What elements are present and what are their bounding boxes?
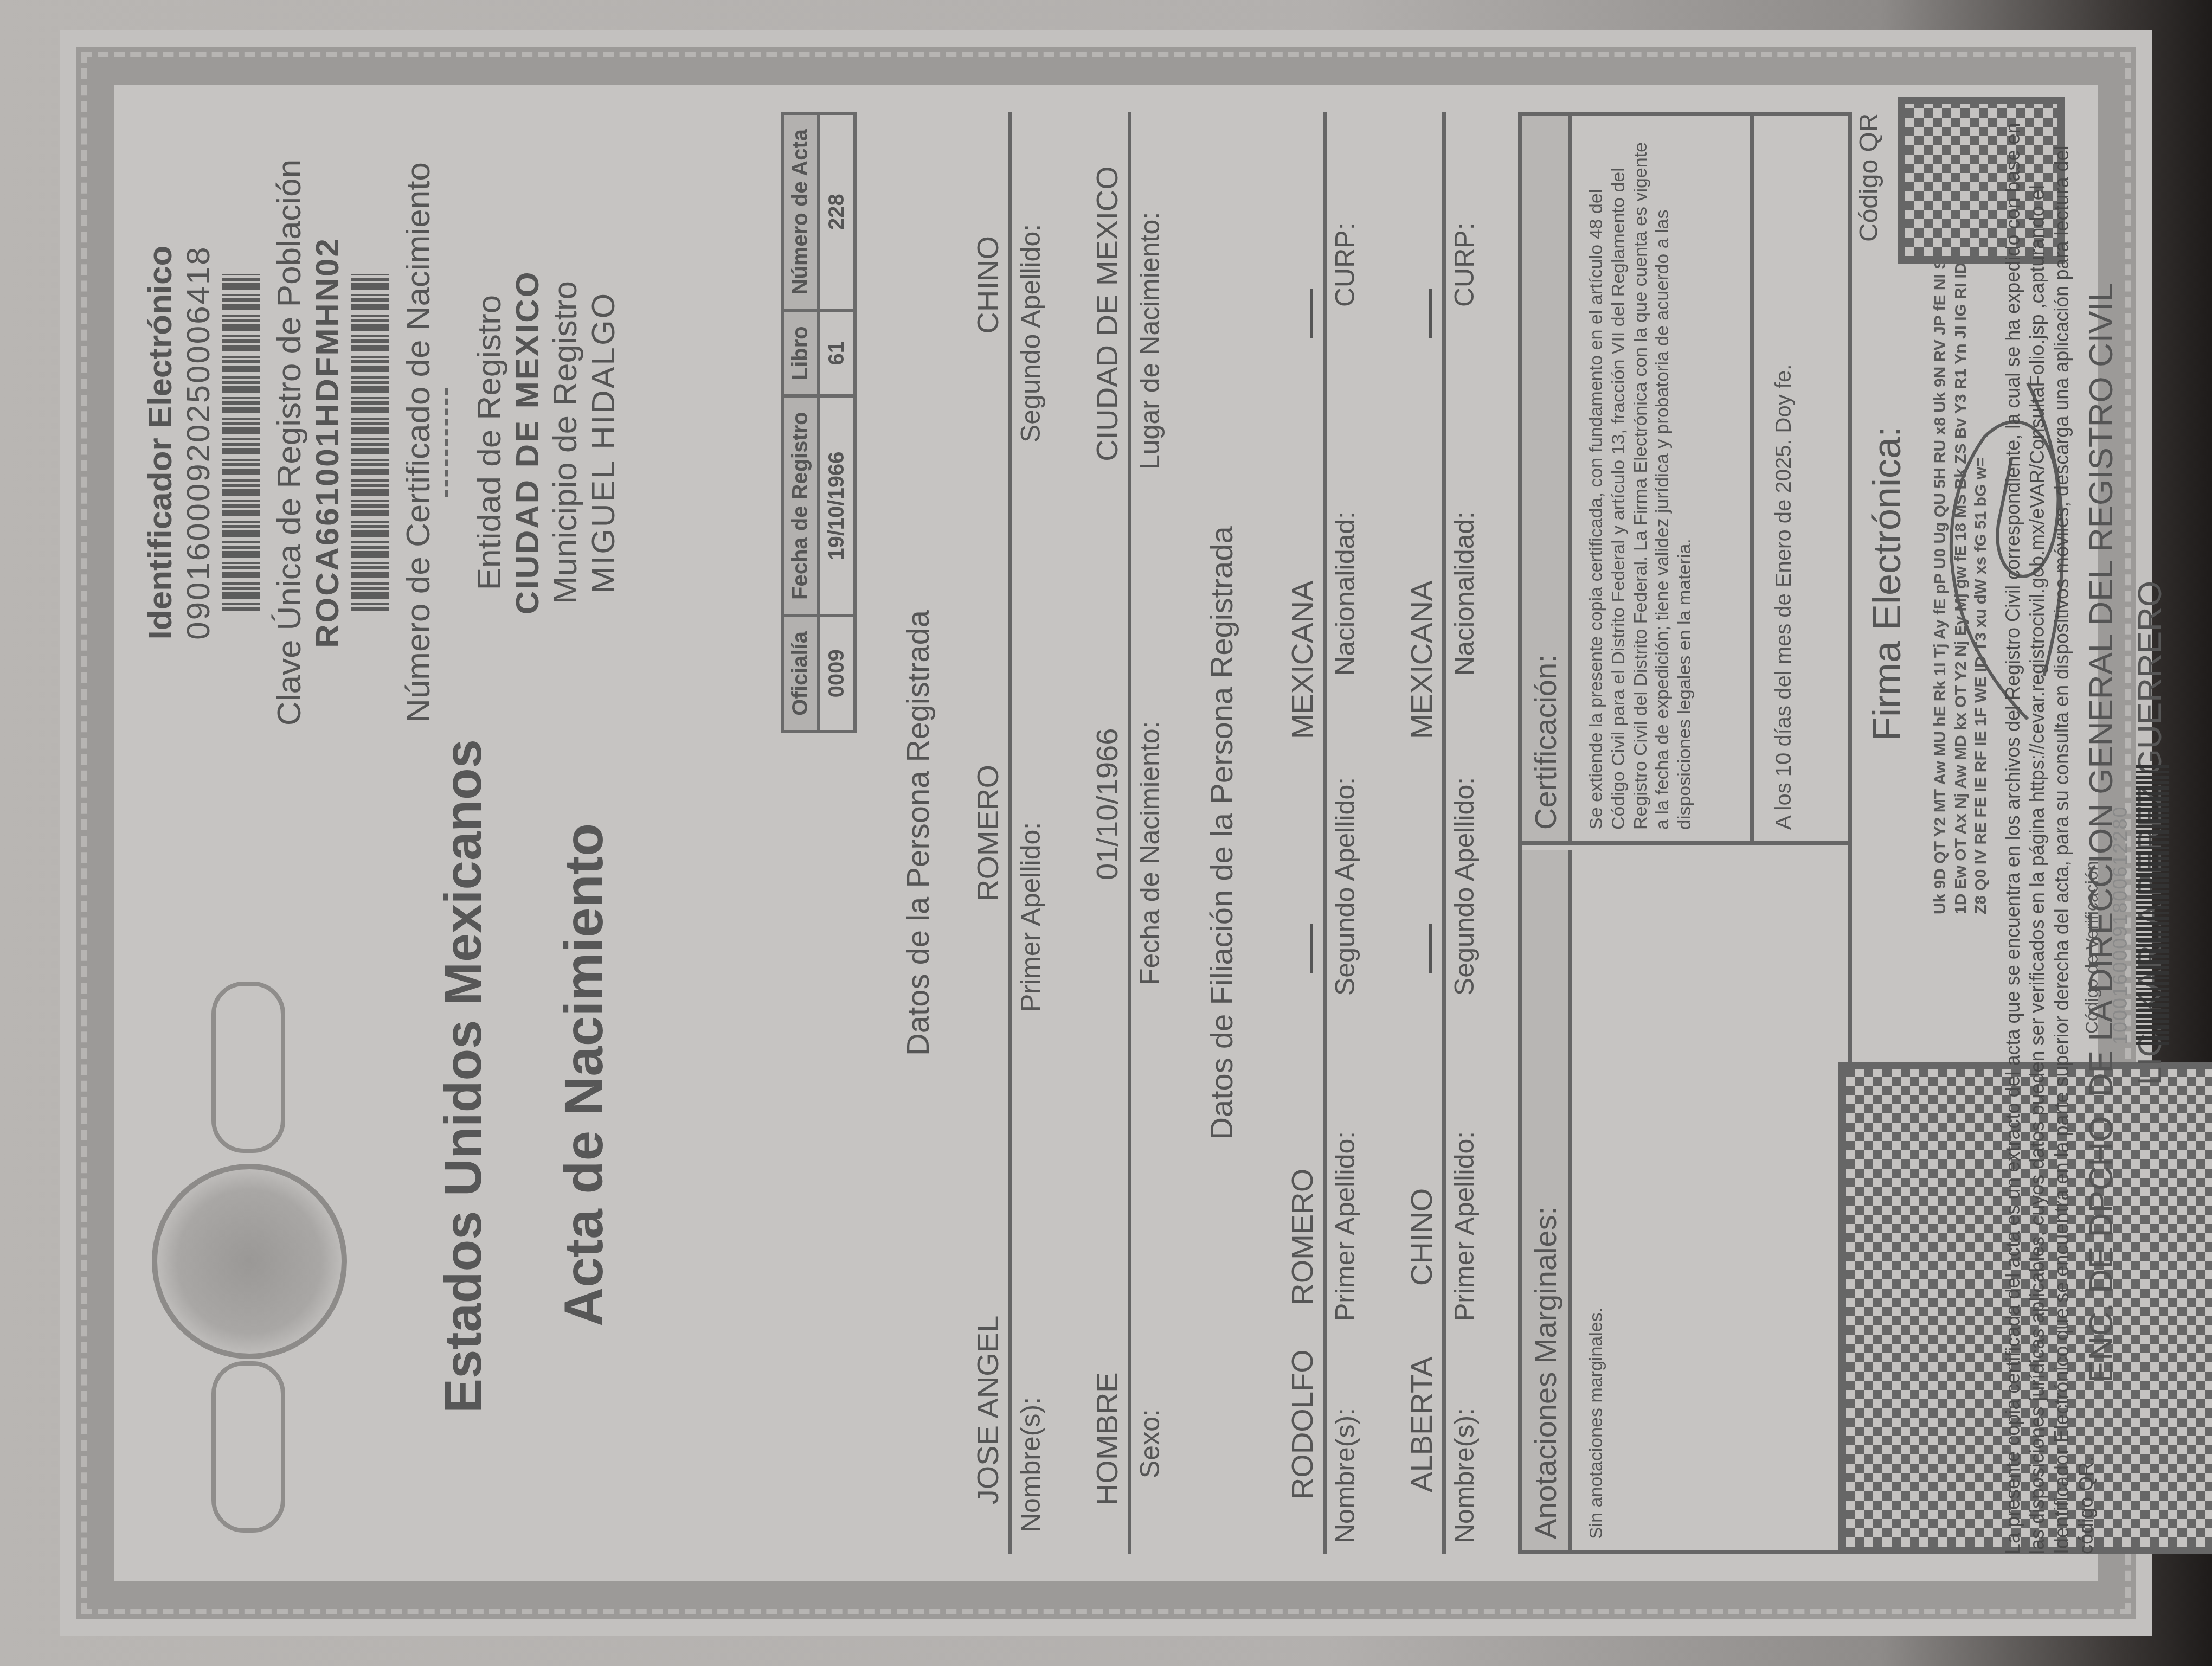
curp-value: ROCA661001HDFMHN02 — [308, 112, 346, 773]
identifiers-block: Identificador Electrónico 09016000920250… — [141, 112, 622, 773]
country-title: Estados Unidos Mexicanos — [434, 739, 493, 1413]
registry-table: Oficialía Fecha de Registro Libro Número… — [781, 112, 857, 733]
sexo-label: Sexo: — [1134, 1409, 1166, 1478]
parent2-nombres-label: Nombre(s): — [1449, 1408, 1480, 1543]
certification-date: A los 10 días del mes de Enero de 2025. … — [1750, 116, 1805, 841]
parent2-segundo-apellido-label: Segundo Apellido: — [1449, 777, 1480, 996]
parent1-nombres: RODOLFO — [1284, 1349, 1320, 1500]
parent2-curp-label: CURP: — [1449, 222, 1480, 307]
qr-code-label: Código QR — [1854, 113, 1884, 242]
legal-footer-text: La presente copia certificada del acta e… — [2001, 112, 2098, 1554]
parent2-primer-apellido: CHINO — [1404, 1188, 1439, 1286]
parent-row-1: RODOLFO ROMERO MEXICANA Nombre(s): Prime… — [1279, 112, 1377, 1554]
parent1-nacionalidad-label: Nacionalidad: — [1329, 511, 1361, 676]
box-divider — [1522, 841, 1848, 845]
annotations-title: Anotaciones Marginales: — [1522, 850, 1572, 1550]
registered-segundo-apellido: CHINO — [970, 236, 1005, 334]
national-seal-icon — [130, 914, 358, 1554]
parent1-primer-apellido: ROMERO — [1284, 1169, 1320, 1305]
document-title: Acta de Nacimiento — [553, 823, 615, 1327]
segundo-apellido-label: Segundo Apellido: — [1015, 224, 1046, 443]
electronic-id-value: 09016000920250006418 — [179, 112, 217, 773]
registered-birth-row: HOMBRE 01/10/1966 CIUDAD DE MEXICO Sexo:… — [1084, 112, 1182, 1554]
electronic-signature-title: Firma Electrónica: — [1865, 426, 1909, 741]
entity-value: CIUDAD DE MEXICO — [509, 112, 546, 773]
registered-nombres: JOSE ANGEL — [970, 1316, 1005, 1505]
certification-text: Se extiende la presente copia certificad… — [1577, 116, 1705, 841]
parent-row-2: ALBERTA CHINO MEXICANA Nombre(s): Primer… — [1399, 112, 1496, 1554]
birth-cert-number-blank — [445, 388, 448, 497]
electronic-id-barcode — [222, 274, 260, 611]
parent1-primer-apellido-label: Primer Apellido: — [1329, 1131, 1361, 1321]
parent2-nombres: ALBERTA — [1404, 1357, 1439, 1492]
fecha-nacimiento-label: Fecha de Nacimiento: — [1134, 721, 1166, 985]
parent2-curp-blank — [1404, 289, 1439, 338]
curp-barcode — [351, 274, 389, 611]
parent2-segundo-apellido-blank — [1404, 924, 1439, 973]
electronic-id-label: Identificador Electrónico — [141, 112, 179, 773]
parent1-curp-label: CURP: — [1329, 222, 1361, 307]
parent1-segundo-apellido-label: Segundo Apellido: — [1329, 777, 1361, 996]
certification-title: Certificación: — [1522, 116, 1572, 841]
certificate-content: Estados Unidos Mexicanos Acta de Nacimie… — [130, 112, 2098, 1554]
birth-cert-number-label: Número de Certificado de Nacimiento — [399, 112, 438, 773]
primer-apellido-label: Primer Apellido: — [1015, 822, 1046, 1012]
registered-name-row: JOSE ANGEL ROMERO CHINO Nombre(s): Prime… — [965, 112, 1063, 1554]
verification-barcode — [2136, 762, 2169, 1045]
registry-header-oficialia: Oficialía — [782, 616, 819, 732]
registry-oficialia: 0009 — [819, 616, 855, 732]
registry-libro: 61 — [819, 310, 855, 396]
municipality-value: MIGUEL HIDALGO — [584, 112, 622, 773]
seal-ornament-right — [211, 982, 285, 1153]
lugar-nacimiento-label: Lugar de Nacimiento: — [1134, 212, 1166, 470]
parent1-nombres-label: Nombre(s): — [1329, 1408, 1361, 1543]
parent2-nacionalidad-label: Nacionalidad: — [1449, 511, 1480, 676]
annotations-certification-box: Anotaciones Marginales: Sin anotaciones … — [1518, 112, 1852, 1554]
registry-header-acta: Número de Acta — [782, 113, 819, 310]
birth-certificate-page: Estados Unidos Mexicanos Acta de Nacimie… — [60, 30, 2152, 1636]
registry-header-fecha: Fecha de Registro — [782, 396, 819, 616]
nombres-label: Nombre(s): — [1015, 1397, 1046, 1533]
annotations-text: Sin anotaciones marginales. — [1577, 850, 1616, 1550]
registry-fecha: 19/10/1966 — [819, 396, 855, 616]
entity-label: Entidad de Registro — [470, 112, 509, 773]
municipality-label: Municipio de Registro — [546, 112, 584, 773]
registered-lugar-nacimiento: CIUDAD DE MEXICO — [1089, 166, 1124, 462]
parent1-segundo-apellido-blank — [1284, 924, 1320, 973]
parent1-curp-blank — [1284, 289, 1320, 338]
registry-header-libro: Libro — [782, 310, 819, 396]
filiation-title: Datos de Filiación de la Persona Registr… — [1204, 112, 1240, 1554]
verification-code-value: 10001600091800612280 — [2109, 806, 2132, 1045]
registered-sexo: HOMBRE — [1089, 1372, 1124, 1505]
curp-label: Clave Única de Registro de Población — [270, 112, 308, 773]
parent2-primer-apellido-label: Primer Apellido: — [1449, 1131, 1480, 1321]
registered-fecha-nacimiento: 01/10/1966 — [1089, 728, 1124, 880]
seal-ornament-left — [211, 1361, 285, 1533]
parent1-nacionalidad: MEXICANA — [1284, 581, 1320, 740]
registered-primer-apellido: ROMERO — [970, 765, 1005, 901]
registered-person-title: Datos de la Persona Registrada — [900, 112, 936, 1554]
eagle-emblem-icon — [152, 1164, 347, 1359]
registry-acta: 228 — [819, 113, 855, 310]
parent2-nacionalidad: MEXICANA — [1404, 581, 1439, 740]
